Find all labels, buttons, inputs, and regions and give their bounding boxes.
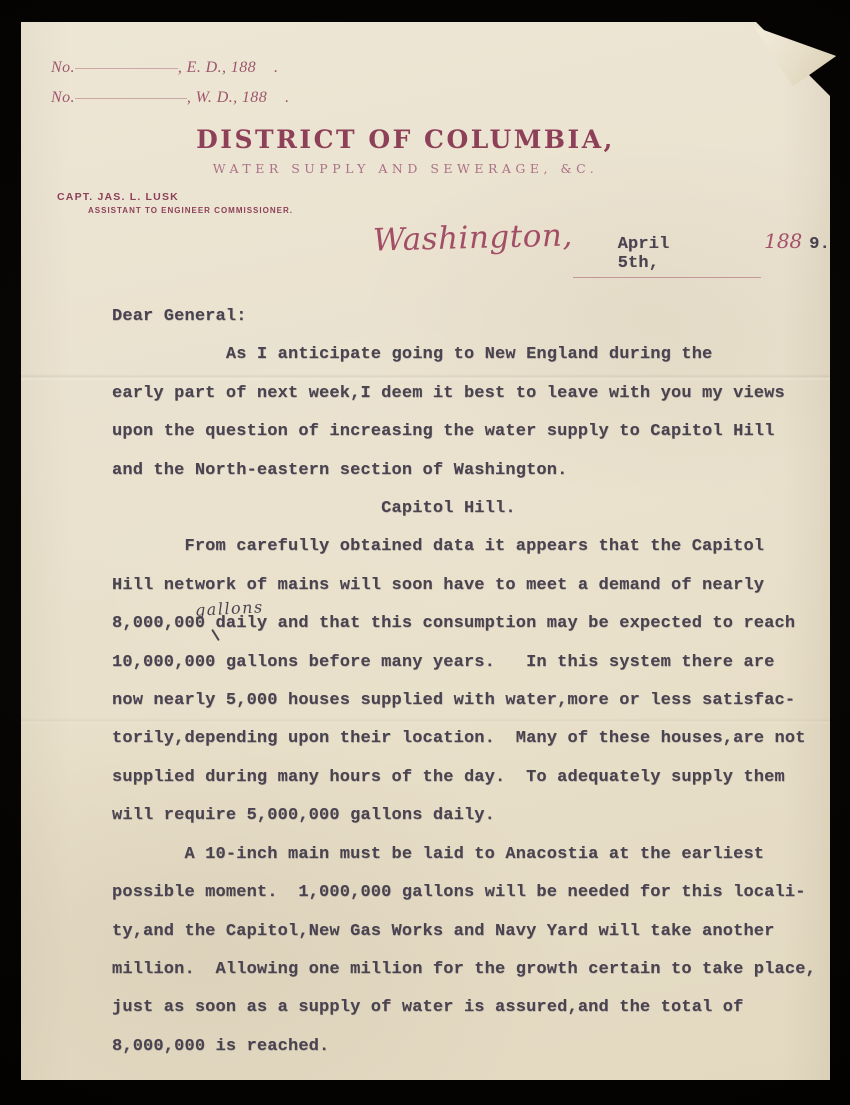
typed-line: Capitol Hill. — [112, 490, 810, 528]
registry-period: . — [274, 59, 278, 77]
city-script: Washington, — [373, 217, 574, 258]
typed-line: million. Allowing one million for the gr… — [112, 951, 810, 989]
registry-division: , W. D., 188 — [187, 89, 267, 107]
typed-line: torily,depending upon their location. Ma… — [112, 720, 810, 758]
handwritten-insertion: gallons — [195, 597, 265, 620]
blank-rule — [75, 97, 187, 99]
printed-year: 188 — [764, 229, 802, 253]
letterhead: DISTRICT OF COLUMBIA, WATER SUPPLY AND S… — [21, 125, 790, 176]
typed-line: From carefully obtained data it appears … — [112, 528, 810, 566]
letter-body: Dear General: As I anticipate going to N… — [112, 298, 810, 1066]
registry-line-wd: No., W. D., 188. — [51, 89, 290, 107]
registry-label: No. — [51, 89, 75, 107]
typed-line: 8,000,000 is reached. — [112, 1028, 810, 1066]
letterhead-subtitle: WATER SUPPLY AND SEWERAGE, &C. — [21, 161, 790, 176]
registry-label: No. — [51, 59, 75, 77]
registry-period: . — [285, 89, 289, 107]
typed-line: As I anticipate going to New England dur… — [112, 336, 810, 374]
typed-line: will require 5,000,000 gallons daily. — [112, 797, 810, 835]
dateline: Washington,April 5th,1889. — [373, 220, 830, 278]
registry-line-ed: No., E. D., 188. — [51, 59, 278, 77]
letter-page: No., E. D., 188. No., W. D., 188. DISTRI… — [21, 22, 830, 1080]
typed-line: just as soon as a supply of water is ass… — [112, 989, 810, 1027]
typed-line: 10,000,000 gallons before many years. In… — [112, 644, 810, 682]
typed-line: supplied during many hours of the day. T… — [112, 759, 810, 797]
typed-line: upon the question of increasing the wate… — [112, 413, 810, 451]
typed-year-digit: 9. — [809, 235, 830, 254]
official-name: CAPT. JAS. L. LUSK — [57, 191, 293, 203]
official-title: ASSISTANT TO ENGINEER COMMISSIONER. — [88, 206, 293, 215]
typed-date: April 5th, — [618, 235, 670, 273]
typed-line: ty,and the Capitol,New Gas Works and Nav… — [112, 913, 810, 951]
letterhead-title: DISTRICT OF COLUMBIA, — [21, 125, 790, 154]
typed-line: A 10-inch main must be laid to Anacostia… — [112, 836, 810, 874]
registry-division: , E. D., 188 — [178, 59, 256, 77]
typed-line: possible moment. 1,000,000 gallons will … — [112, 874, 810, 912]
official-block: CAPT. JAS. L. LUSK ASSISTANT TO ENGINEER… — [57, 191, 293, 215]
typed-lines: Dear General: As I anticipate going to N… — [112, 298, 810, 1066]
typed-line: early part of next week,I deem it best t… — [112, 375, 810, 413]
date-rule: April 5th, — [573, 235, 761, 278]
typed-line: Dear General: — [112, 298, 810, 336]
typed-line: and the North-eastern section of Washing… — [112, 452, 810, 490]
typed-line: now nearly 5,000 houses supplied with wa… — [112, 682, 810, 720]
photo-background: No., E. D., 188. No., W. D., 188. DISTRI… — [0, 0, 850, 1105]
blank-rule — [75, 67, 178, 69]
